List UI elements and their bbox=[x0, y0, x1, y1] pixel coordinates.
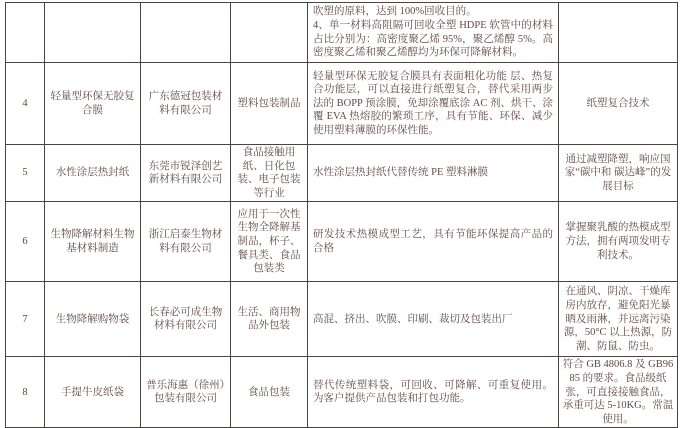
cell-seq: 8 bbox=[6, 357, 45, 425]
cell-company: 浙江启泰生物材料有限公司 bbox=[141, 202, 231, 282]
cell-product: 手提牛皮纸袋 bbox=[45, 357, 141, 425]
cell-company: 广东德冠包装材料有限公司 bbox=[141, 63, 231, 145]
cell-description: 水性涂层热封纸代替传统 PE 塑料淋膜 bbox=[308, 145, 559, 202]
cell-remark: 在通风、阴凉、干燥库房内放存，避免阳光暴晒及雨淋，并远离污染源，50°C 以上热… bbox=[559, 282, 678, 357]
cell-seq: 5 bbox=[6, 145, 45, 202]
table-row-continuation: 吹塑的原料，达到 100%回收目的。 4、单一材料高阻隔可回收全塑 HDPE 软… bbox=[6, 3, 678, 63]
cell-remark bbox=[559, 3, 678, 63]
cell-description: 高混、挤出、吹膜、印刷、裁切及包装出厂 bbox=[308, 282, 559, 357]
cell-application: 塑料包装制品 bbox=[231, 63, 308, 145]
cell-application: 食品接触用纸、日化包装、电子包装等行业 bbox=[231, 145, 308, 202]
cell-seq: 6 bbox=[6, 202, 45, 282]
products-table: 吹塑的原料，达到 100%回收目的。 4、单一材料高阻隔可回收全塑 HDPE 软… bbox=[5, 2, 678, 425]
cell-product: 生物降解购物袋 bbox=[45, 282, 141, 357]
table-row-5: 5 水性涂层热封纸 东莞市锐泽创艺新材料有限公司 食品接触用纸、日化包装、电子包… bbox=[6, 145, 678, 202]
table-row-8: 8 手提牛皮纸袋 普乐海惠（徐州）包装有限公司 食品包装 替代传统塑料袋，可回收… bbox=[6, 357, 678, 425]
cell-application: 生活、商用物品外包装 bbox=[231, 282, 308, 357]
table-row-6: 6 生物降解材料生物基材料制造 浙江启泰生物材料有限公司 应用于一次性生物全降解… bbox=[6, 202, 678, 282]
cell-description: 研发技术热模成型工艺，具有节能环保提高产品的合格 bbox=[308, 202, 559, 282]
cell-description: 替代传统塑料袋，可回收、可降解、可重复使用。为客户提供产品包装和打包功能。 bbox=[308, 357, 559, 425]
cell-seq: 4 bbox=[6, 63, 45, 145]
cell-company bbox=[141, 3, 231, 63]
cell-product: 水性涂层热封纸 bbox=[45, 145, 141, 202]
table-row-4: 4 轻量型环保无胶复合膜 广东德冠包装材料有限公司 塑料包装制品 轻量型环保无胶… bbox=[6, 63, 678, 145]
cell-product bbox=[45, 3, 141, 63]
cell-company: 东莞市锐泽创艺新材料有限公司 bbox=[141, 145, 231, 202]
cell-remark: 符合 GB 4806.8 及 GB9685 的要求。食品级纸张，可直接接触食品，… bbox=[559, 357, 678, 425]
cell-seq bbox=[6, 3, 45, 63]
cell-product: 轻量型环保无胶复合膜 bbox=[45, 63, 141, 145]
cell-application: 食品包装 bbox=[231, 357, 308, 425]
cell-application: 应用于一次性生物全降解基制品，杯子、餐具类、食品包装类 bbox=[231, 202, 308, 282]
cell-remark: 通过减塑降塑，响应国家“碳中和 碳达峰”的发展目标 bbox=[559, 145, 678, 202]
cell-company: 长春必可成生物材料有限公司 bbox=[141, 282, 231, 357]
cell-company: 普乐海惠（徐州）包装有限公司 bbox=[141, 357, 231, 425]
cell-remark: 纸塑复合技术 bbox=[559, 63, 678, 145]
cell-description: 轻量型环保无胶复合膜具有表面粗化功能 层、热复合功能层，可以直接进行纸塑复合，替… bbox=[308, 63, 559, 145]
table-row-7: 7 生物降解购物袋 长春必可成生物材料有限公司 生活、商用物品外包装 高混、挤出… bbox=[6, 282, 678, 357]
cell-description: 吹塑的原料，达到 100%回收目的。 4、单一材料高阻隔可回收全塑 HDPE 软… bbox=[308, 3, 559, 63]
cell-remark: 掌握聚乳酸的热模成型方法，拥有两项发明专利技术。 bbox=[559, 202, 678, 282]
cell-application bbox=[231, 3, 308, 63]
cell-seq: 7 bbox=[6, 282, 45, 357]
cell-product: 生物降解材料生物基材料制造 bbox=[45, 202, 141, 282]
